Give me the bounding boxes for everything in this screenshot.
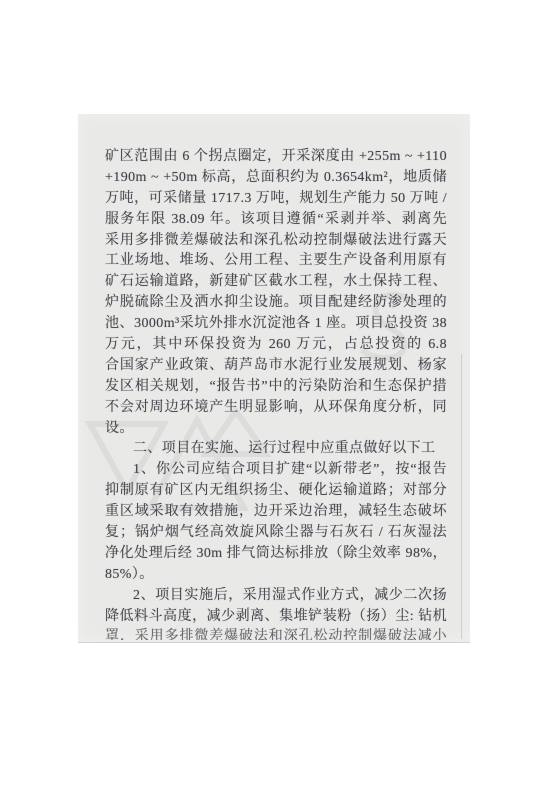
text-line: 合国家产业政策、葫芦岛市水泥行业发展规划、杨家杖子经济开 bbox=[105, 356, 447, 377]
text-line: 池、3000m³采坑外排水沉淀池各 1 座。项目总投资 3812.37 万元 bbox=[105, 314, 447, 335]
text-line: 设。 bbox=[105, 419, 447, 440]
text-line: 重区域采取有效措施，边开采边治理，减轻生态破坏并加以恢 bbox=[105, 502, 447, 523]
text-line: 降低料斗高度，减少剥离、集堆铲装粉（扬）尘: 钻机自备排尘 bbox=[105, 607, 447, 628]
section-heading-line: 二、项目在实施、运行过程中应重点做好以下工作: bbox=[105, 439, 447, 460]
text-line: +190m ~ +50m 标高，总面积约为 0.3654km²，地质储量 284… bbox=[105, 168, 447, 189]
text-line: 抑制原有矿区内无组织扬尘、硬化运输道路；对部分水土流失严 bbox=[105, 481, 447, 502]
text-line: 矿区范围由 6 个拐点圈定，开采深度由 +255m ~ +110m 变更为 bbox=[105, 147, 447, 168]
text-line: 发区相关规划，“报告书”中的污染防治和生态保护措施落实后 bbox=[105, 377, 447, 398]
text-line: 服务年限 38.09 年。该项目遵循“采剥并举、剥离先行”原则， bbox=[105, 210, 447, 231]
truncated-text-line: 罩，采用多排微差爆破法和深孔松动控制爆破法减小爆破强度， bbox=[105, 627, 447, 640]
document-body: 矿区范围由 6 个拐点圈定，开采深度由 +255m ~ +110m 变更为 +1… bbox=[105, 147, 447, 640]
text-line: 2、项目实施后，采用湿式作业方式，减少二次扬尘产生； bbox=[105, 586, 447, 607]
text-line: 采用多排微差爆破法和深孔松动控制爆破法进行露天开采，矿山 bbox=[105, 231, 447, 252]
text-line: 85%）。 bbox=[105, 565, 447, 586]
text-line: 净化处理后经 30m 排气筒达标排放（除尘效率 98%，脱硫效率 bbox=[105, 544, 447, 565]
screenshot-root: { "window": { "background_color": "#ffff… bbox=[0, 0, 555, 785]
text-line: 万吨，可采储量 1717.3 万吨，规划生产能力 50 万吨 / 年，预计 bbox=[105, 189, 447, 210]
text-line: 炉脱硫除尘及洒水抑尘设施。项目配建经防渗处理的 500m³集水 bbox=[105, 293, 447, 314]
text-line: 工业场地、堆场、公用工程、主要生产设备利用原有设施，完善 bbox=[105, 251, 447, 272]
text-line: 1、你公司应结合项目扩建“以新带老”，按“报告书”要求 bbox=[105, 460, 447, 481]
text-line: 复；锅炉烟气经高效旋风除尘器与石灰石 / 石灰湿法脱硫除尘器 bbox=[105, 523, 447, 544]
page-edge-shadow bbox=[461, 354, 462, 639]
text-line: 矿石运输道路，新建矿区截水工程，水土保持工程、购置安装锅 bbox=[105, 272, 447, 293]
text-line: 万元，其中环保投资为 260 万元，占总投资的 6.82%。该项目符 bbox=[105, 335, 447, 356]
text-line: 不会对周边环境产生明显影响，从环保角度分析，同意该项目建 bbox=[105, 398, 447, 419]
scanned-page: 矿区范围由 6 个拐点圈定，开采深度由 +255m ~ +110m 变更为 +1… bbox=[78, 114, 470, 642]
